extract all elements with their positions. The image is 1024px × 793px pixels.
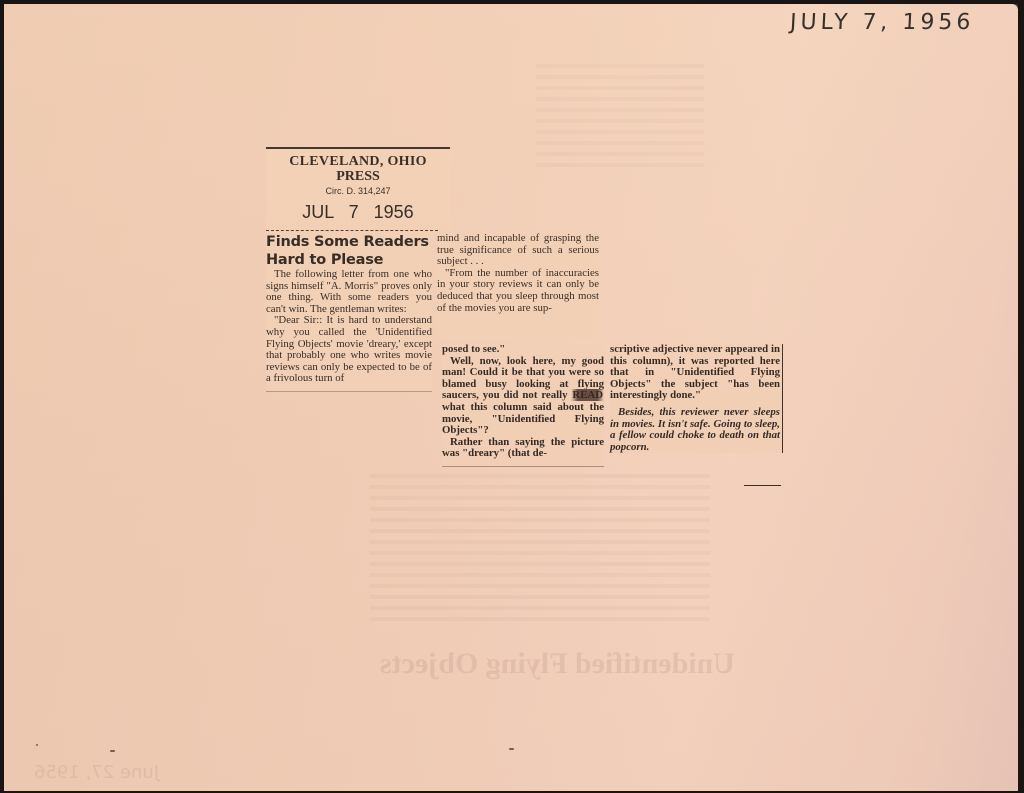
clipping-divider: [266, 230, 438, 231]
article-column-1: Finds Some Readers Hard to Please The fo…: [266, 233, 432, 392]
masthead-paper: PRESS: [266, 170, 450, 184]
paragraph: mind and incapable of grasping the true …: [437, 233, 599, 268]
show-through-text-block: [370, 474, 710, 624]
article-column-2-top: mind and incapable of grasping the true …: [437, 233, 599, 339]
dust-speck: [509, 748, 514, 750]
masthead-city: CLEVELAND, OHIO: [266, 154, 450, 170]
dust-speck: [110, 750, 115, 752]
paragraph: scriptive adjective never appeared in th…: [610, 344, 780, 402]
headline-line-1: Finds Some Readers: [266, 233, 432, 251]
date-stamp: JUL 7 1956: [266, 202, 450, 223]
paragraph: Rather than saying the picture was "drea…: [442, 437, 604, 460]
article-column-3: scriptive adjective never appeared in th…: [610, 344, 783, 453]
dust-speck: [36, 744, 38, 746]
headline-line-2: Hard to Please: [266, 251, 432, 269]
emphasis-read: READ: [571, 389, 604, 401]
paragraph: The following letter from one who signs …: [266, 269, 432, 315]
paragraph: "Dear Sir:: It is hard to understand why…: [266, 315, 432, 385]
show-through-date: June 27, 1956: [34, 762, 159, 783]
show-through-text-block: [536, 64, 704, 174]
archive-card: JULY 7, 1956 Unidentified Flying Objects…: [4, 4, 1018, 791]
text-run: what this column said about the movie, "…: [442, 401, 604, 436]
show-through-title: Unidentified Flying Objects: [380, 647, 735, 681]
paragraph: Well, now, look here, my good man! Could…: [442, 356, 604, 437]
article-column-2-bottom: posed to see." Well, now, look here, my …: [442, 344, 604, 467]
handwritten-date: JULY 7, 1956: [789, 10, 975, 35]
paragraph: "From the number of inaccuracies in your…: [437, 268, 599, 314]
masthead-circulation: Circ. D. 314,247: [266, 186, 450, 196]
closing-paragraph: Besides, this reviewer never sleeps in m…: [610, 407, 780, 453]
clipping-edge: [744, 485, 781, 486]
newspaper-masthead: CLEVELAND, OHIO PRESS Circ. D. 314,247 J…: [266, 147, 450, 233]
